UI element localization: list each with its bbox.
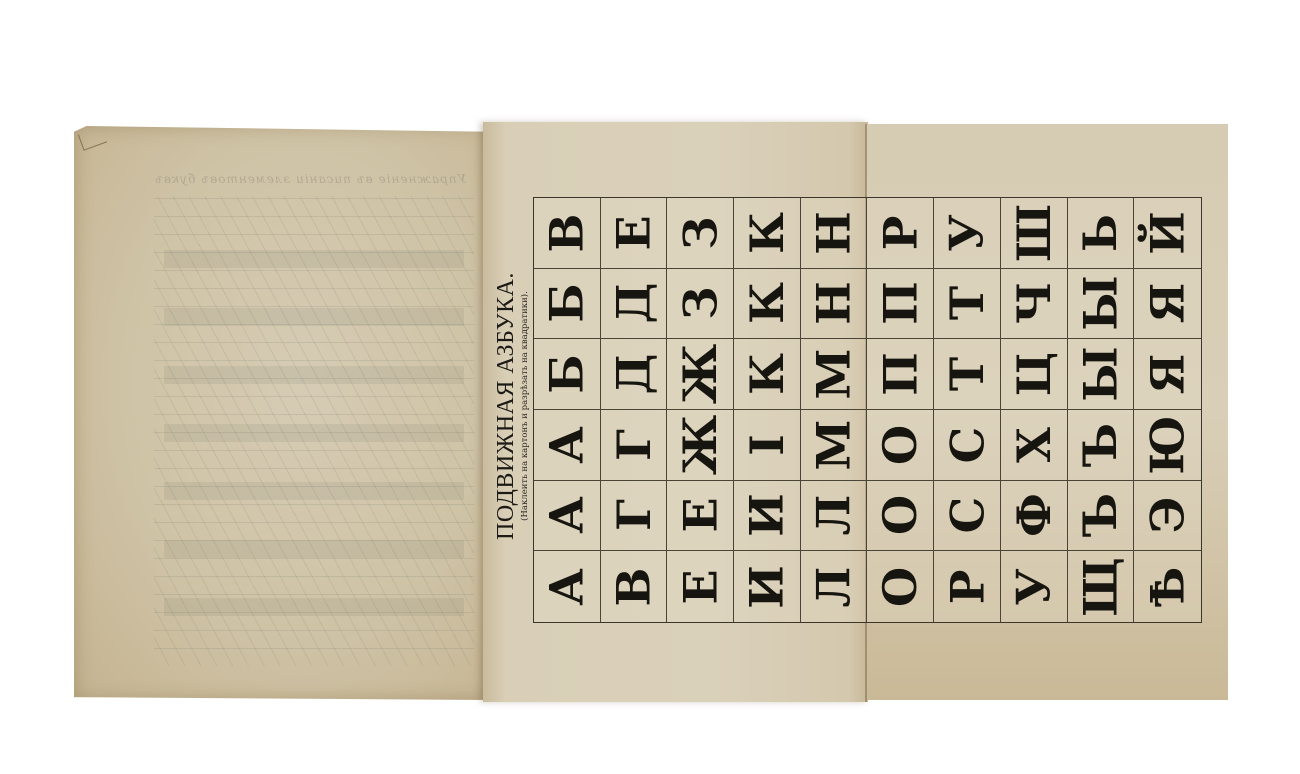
letter-glyph: Ъ: [1077, 493, 1123, 537]
letter-cell: В: [534, 198, 601, 269]
letter-cell: П: [867, 269, 934, 340]
left-page: Упражненіе въ писаніи элементовъ буквъ: [74, 126, 490, 700]
alphabet-grid: ВЕЗКНРУШЬЙБДЗКНПТЧЫЯБДЖКМПТЦЫЯАГЖІМОСХЪЮ…: [533, 197, 1202, 623]
letter-cell: Ц: [1001, 339, 1068, 410]
letter-cell: Е: [667, 551, 734, 622]
letter-glyph: Н: [811, 211, 857, 254]
letter-glyph: Н: [811, 282, 857, 325]
letter-cell: А: [534, 551, 601, 622]
letter-glyph: М: [811, 419, 857, 470]
letter-glyph: А: [544, 497, 590, 534]
letter-cell: Д: [601, 269, 668, 340]
letter-glyph: Л: [811, 566, 857, 607]
letter-glyph: Р: [877, 216, 923, 251]
letter-glyph: И: [744, 494, 790, 537]
letter-glyph: О: [877, 495, 923, 535]
letter-cell: Ю: [1134, 410, 1201, 481]
letter-glyph: Л: [811, 495, 857, 536]
letter-cell: Ъ: [1068, 481, 1135, 552]
letter-cell: Л: [801, 481, 868, 552]
letter-cell: С: [934, 481, 1001, 552]
letter-cell: Ч: [1001, 269, 1068, 340]
letter-cell: Ф: [1001, 481, 1068, 552]
letter-cell: Н: [801, 269, 868, 340]
letter-glyph: Т: [944, 286, 990, 320]
letter-cell: Я: [1134, 339, 1201, 410]
letter-glyph: Ц: [1011, 352, 1057, 396]
letter-glyph: Р: [944, 569, 990, 604]
page-title-block: ПОДВИЖНАЯ АЗБУКА. (Наклеить на картонъ и…: [493, 256, 533, 556]
letter-glyph: Э: [1145, 497, 1191, 534]
letter-glyph: Б: [544, 284, 590, 323]
letter-cell: О: [867, 481, 934, 552]
letter-glyph: Ч: [1011, 282, 1057, 324]
letter-cell: Ж: [667, 339, 734, 410]
letter-glyph: П: [877, 282, 923, 325]
letter-cell: Ъ: [1068, 410, 1135, 481]
letter-glyph: А: [544, 568, 590, 605]
letter-cell: Ь: [1068, 198, 1135, 269]
letter-cell: И: [734, 481, 801, 552]
letter-cell: М: [801, 410, 868, 481]
letter-glyph: У: [1011, 568, 1057, 605]
show-through-heading: Упражненіе въ писаніи элементовъ буквъ: [154, 172, 466, 186]
letter-cell: Ы: [1068, 269, 1135, 340]
letter-cell: Э: [1134, 481, 1201, 552]
letter-cell: А: [534, 481, 601, 552]
dog-ear-corner: [78, 126, 107, 151]
letter-glyph: С: [944, 497, 990, 534]
letter-cell: Ы: [1068, 339, 1135, 410]
letter-glyph: Щ: [1077, 557, 1123, 616]
letter-glyph: Е: [677, 569, 723, 604]
letter-glyph: Ѣ: [1145, 566, 1191, 607]
letter-glyph: М: [811, 349, 857, 400]
letter-glyph: О: [877, 567, 923, 607]
letter-cell: Д: [601, 339, 668, 410]
letter-glyph: Г: [611, 500, 657, 532]
letter-cell: Г: [601, 481, 668, 552]
letter-cell: Б: [534, 269, 601, 340]
letter-cell: Ж: [667, 410, 734, 481]
letter-cell: Г: [601, 410, 668, 481]
letter-glyph: І: [744, 434, 790, 456]
letter-cell: Т: [934, 269, 1001, 340]
letter-cell: Й: [1134, 198, 1201, 269]
letter-cell: О: [867, 410, 934, 481]
letter-glyph: П: [877, 352, 923, 395]
letter-glyph: Ы: [1077, 347, 1123, 402]
letter-glyph: Ъ: [1077, 423, 1123, 467]
letter-glyph: З: [677, 287, 723, 320]
letter-glyph: Я: [1145, 354, 1191, 395]
letter-cell: Н: [801, 198, 868, 269]
letter-cell: А: [534, 410, 601, 481]
letter-cell: М: [801, 339, 868, 410]
letter-cell: П: [867, 339, 934, 410]
letter-cell: К: [734, 269, 801, 340]
letter-cell: И: [734, 551, 801, 622]
letter-cell: Х: [1001, 410, 1068, 481]
letter-glyph: Х: [1011, 427, 1057, 463]
letter-cell: Л: [801, 551, 868, 622]
letter-cell: Е: [601, 198, 668, 269]
letter-glyph: Б: [544, 355, 590, 394]
letter-cell: С: [934, 410, 1001, 481]
letter-glyph: У: [944, 214, 990, 251]
letter-cell: В: [601, 551, 668, 622]
letter-cell: Б: [534, 339, 601, 410]
letter-glyph: Ю: [1145, 415, 1191, 474]
letter-glyph: А: [544, 426, 590, 463]
letter-glyph: Т: [944, 357, 990, 391]
letter-cell: Р: [867, 198, 934, 269]
letter-cell: З: [667, 269, 734, 340]
letter-glyph: О: [877, 425, 923, 465]
letter-cell: Р: [934, 551, 1001, 622]
letter-cell: Т: [934, 339, 1001, 410]
letter-glyph: Г: [611, 429, 657, 461]
page-title: ПОДВИЖНАЯ АЗБУКА.: [493, 256, 519, 556]
letter-glyph: Е: [611, 215, 657, 250]
letter-cell: Е: [667, 481, 734, 552]
letter-cell: Щ: [1068, 551, 1135, 622]
letter-cell: Я: [1134, 269, 1201, 340]
letter-cell: І: [734, 410, 801, 481]
letter-cell: Ш: [1001, 198, 1068, 269]
letter-glyph: Ы: [1077, 276, 1123, 331]
letter-glyph: Ф: [1011, 494, 1057, 538]
letter-cell: У: [934, 198, 1001, 269]
page-subtitle: (Наклеить на картонъ и разрѣзать на квад…: [519, 256, 531, 556]
letter-cell: К: [734, 198, 801, 269]
show-through-handwriting: [164, 216, 464, 656]
letter-glyph: Я: [1145, 283, 1191, 324]
letter-cell: З: [667, 198, 734, 269]
letter-glyph: И: [744, 565, 790, 608]
letter-glyph: К: [744, 353, 790, 395]
letter-cell: К: [734, 339, 801, 410]
letter-glyph: К: [744, 283, 790, 325]
letter-glyph: В: [544, 213, 590, 252]
letter-cell: Ѣ: [1134, 551, 1201, 622]
letter-glyph: Ж: [677, 344, 723, 404]
letter-glyph: Ш: [1011, 204, 1057, 262]
letter-cell: У: [1001, 551, 1068, 622]
letter-glyph: Ь: [1077, 214, 1123, 252]
letter-glyph: С: [944, 427, 990, 464]
letter-glyph: З: [677, 216, 723, 249]
letter-glyph: Д: [611, 354, 657, 395]
letter-glyph: К: [744, 212, 790, 254]
letter-glyph: Е: [677, 498, 723, 533]
letter-glyph: Й: [1145, 211, 1191, 254]
letter-glyph: Д: [611, 283, 657, 324]
letter-glyph: В: [611, 567, 657, 606]
letter-cell: О: [867, 551, 934, 622]
letter-glyph: Ж: [677, 415, 723, 475]
